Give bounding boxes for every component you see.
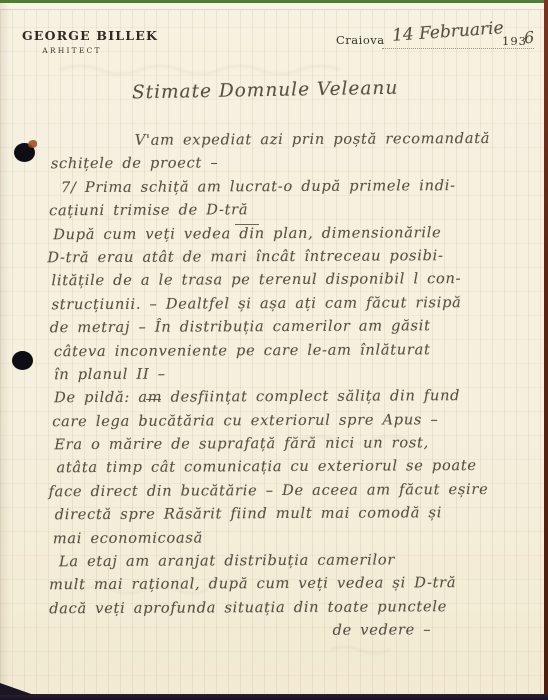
page-corner-wedge bbox=[0, 683, 34, 695]
handwritten-line: După cum veți vedea din plan, dimensionă… bbox=[39, 220, 531, 246]
handwritten-line: strucțiunii. – Dealtfel și așa ați cam f… bbox=[40, 290, 532, 316]
rust-smudge bbox=[28, 140, 37, 148]
handwritten-line: mult mai rațional, după cum veți vedea ș… bbox=[41, 571, 533, 597]
handwritten-line: Era o mărire de suprafață fără nici un r… bbox=[40, 431, 532, 457]
handwritten-line: dacă veți aprofunda situația din toate p… bbox=[41, 595, 533, 621]
underline-mark bbox=[235, 224, 259, 225]
handwritten-line: D-tră erau atât de mari încât întreceau … bbox=[39, 244, 531, 270]
handwritten-line: 7/ Prima schiță am lucrat-o după primele… bbox=[39, 173, 531, 199]
dateline-date-handwritten: 14 Februarie bbox=[391, 18, 504, 46]
underline-mark bbox=[146, 399, 161, 400]
handwritten-line: atâta timp cât comunicația cu exteriorul… bbox=[40, 454, 532, 480]
paper-top-fold bbox=[0, 3, 548, 10]
dateline-year-handwritten: 6 bbox=[523, 28, 535, 48]
handwritten-line: De pildă: am desființat complect sălița … bbox=[40, 384, 532, 410]
handwritten-line: La etaj am aranjat distribuția camerilor bbox=[41, 548, 533, 574]
letterhead: GEORGE BILLEK ARHITECT bbox=[22, 28, 122, 55]
handwritten-line: face direct din bucătărie – De aceea am … bbox=[40, 478, 532, 504]
letterhead-profession: ARHITECT bbox=[22, 46, 122, 55]
dateline-city: Craiova bbox=[336, 33, 385, 47]
salutation: Stimate Domnule Veleanu bbox=[132, 78, 399, 104]
letter-body: V'am expediat azi prin poștă recomandată… bbox=[39, 127, 534, 644]
handwritten-line: care lega bucătăria cu exteriorul spre A… bbox=[40, 407, 532, 433]
handwritten-line: în planul II – bbox=[40, 361, 532, 387]
handwritten-line: V'am expediat azi prin poștă recomandată bbox=[39, 127, 531, 153]
handwritten-line: cațiuni trimise de D-tră bbox=[39, 197, 531, 223]
handwritten-line: de vedere – bbox=[41, 618, 533, 644]
handwritten-line: schițele de proect – bbox=[39, 150, 531, 176]
handwritten-line: câteva inconveniente pe care le-am înlăt… bbox=[40, 337, 532, 363]
handwritten-line: mai economicoasă bbox=[41, 524, 533, 550]
letterhead-name: GEORGE BILLEK bbox=[22, 28, 122, 43]
handwritten-line: litățile de a le trasa pe terenul dispon… bbox=[39, 267, 531, 293]
handwritten-line: directă spre Răsărit fiind mult mai como… bbox=[41, 501, 533, 527]
scan-edge-right bbox=[544, 0, 548, 700]
handwritten-line: de metraj – În distribuția camerilor am … bbox=[40, 314, 532, 340]
dateline: Craiova 14 Februarie 193 6 bbox=[300, 24, 540, 58]
paper-left-shadow bbox=[0, 0, 10, 700]
punch-hole-bottom bbox=[12, 351, 33, 370]
letter-scan: GEORGE BILLEK ARHITECT Craiova 14 Februa… bbox=[0, 0, 548, 700]
dateline-rule bbox=[382, 48, 534, 49]
scan-edge-bottom bbox=[0, 694, 548, 700]
